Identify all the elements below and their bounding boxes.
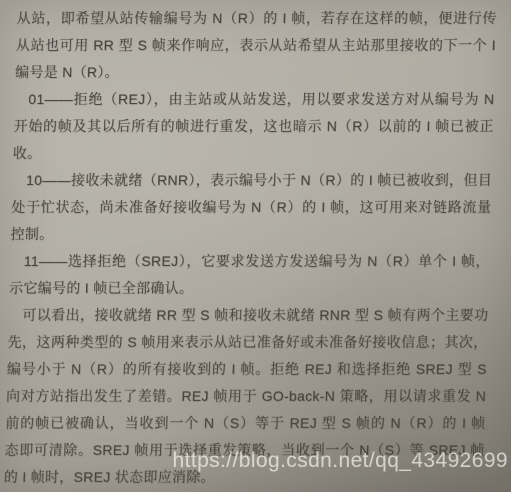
text-line: 从站，即希望从站传输编号为 N（R）的 I 帧，若存在这样的帧，便进行传输； <box>16 5 497 32</box>
text-line: 从站也可用 RR 型 S 帧来作响应，表示从站希望从主站那里接收的下一个 I 帧… <box>15 32 496 59</box>
text-line: 前的帧已被确认，当收到一个 N（S）等于 REJ 型 S 帧的 N（R）的 I … <box>5 410 486 437</box>
text-line: 控制。 <box>10 221 491 248</box>
text-line: 编号小于 N（R）的所有接收到的 I 帧。拒绝 REJ 和选择拒绝 SREJ 型… <box>6 356 487 383</box>
text-line: 编号是 N（R）。 <box>15 59 496 86</box>
text-line: 先，这两种类型的 S 帧用来表示从站已准备好或未准备好接收信息；其次，确认 <box>7 329 488 356</box>
text-line: 收。 <box>12 140 493 167</box>
text-line: 10——接收未就绪（RNR），表示编号小于 N（R）的 I 帧已被收到，但目前正 <box>12 167 493 194</box>
csdn-watermark-url: https://blog.csdn.net/qq_43492699 <box>173 449 508 473</box>
text-line: 处于忙状态，尚未准备好接收编号为 N（R）的 I 帧，这可用来对链路流量进行 <box>11 194 492 221</box>
text-line: 向对方站指出发生了差错。REJ 帧用于 GO-back-N 策略，用以请求重发 … <box>6 383 487 410</box>
text-line: 01——拒绝（REJ），由主站或从站发送，用以要求发送方对从编号为 N（R） <box>14 86 495 113</box>
text-line: 可以看出，接收就绪 RR 型 S 帧和接收未就绪 RNR 型 S 帧有两个主要功… <box>8 302 489 329</box>
photographed-page: 从站，即希望从站传输编号为 N（R）的 I 帧，若存在这样的帧，便进行传输； 从… <box>0 0 511 492</box>
text-line: 开始的帧及其以后所有的帧进行重发，这也暗示 N（R）以前的 I 帧已被正确接 <box>13 113 494 140</box>
text-line: 示它编号的 I 帧已全部确认。 <box>9 275 490 302</box>
text-line: 11——选择拒绝（SREJ），它要求发送方发送编号为 N（R）单个 I 帧，并暗 <box>9 248 490 275</box>
document-text-block: 从站，即希望从站传输编号为 N（R）的 I 帧，若存在这样的帧，便进行传输； 从… <box>3 5 497 491</box>
